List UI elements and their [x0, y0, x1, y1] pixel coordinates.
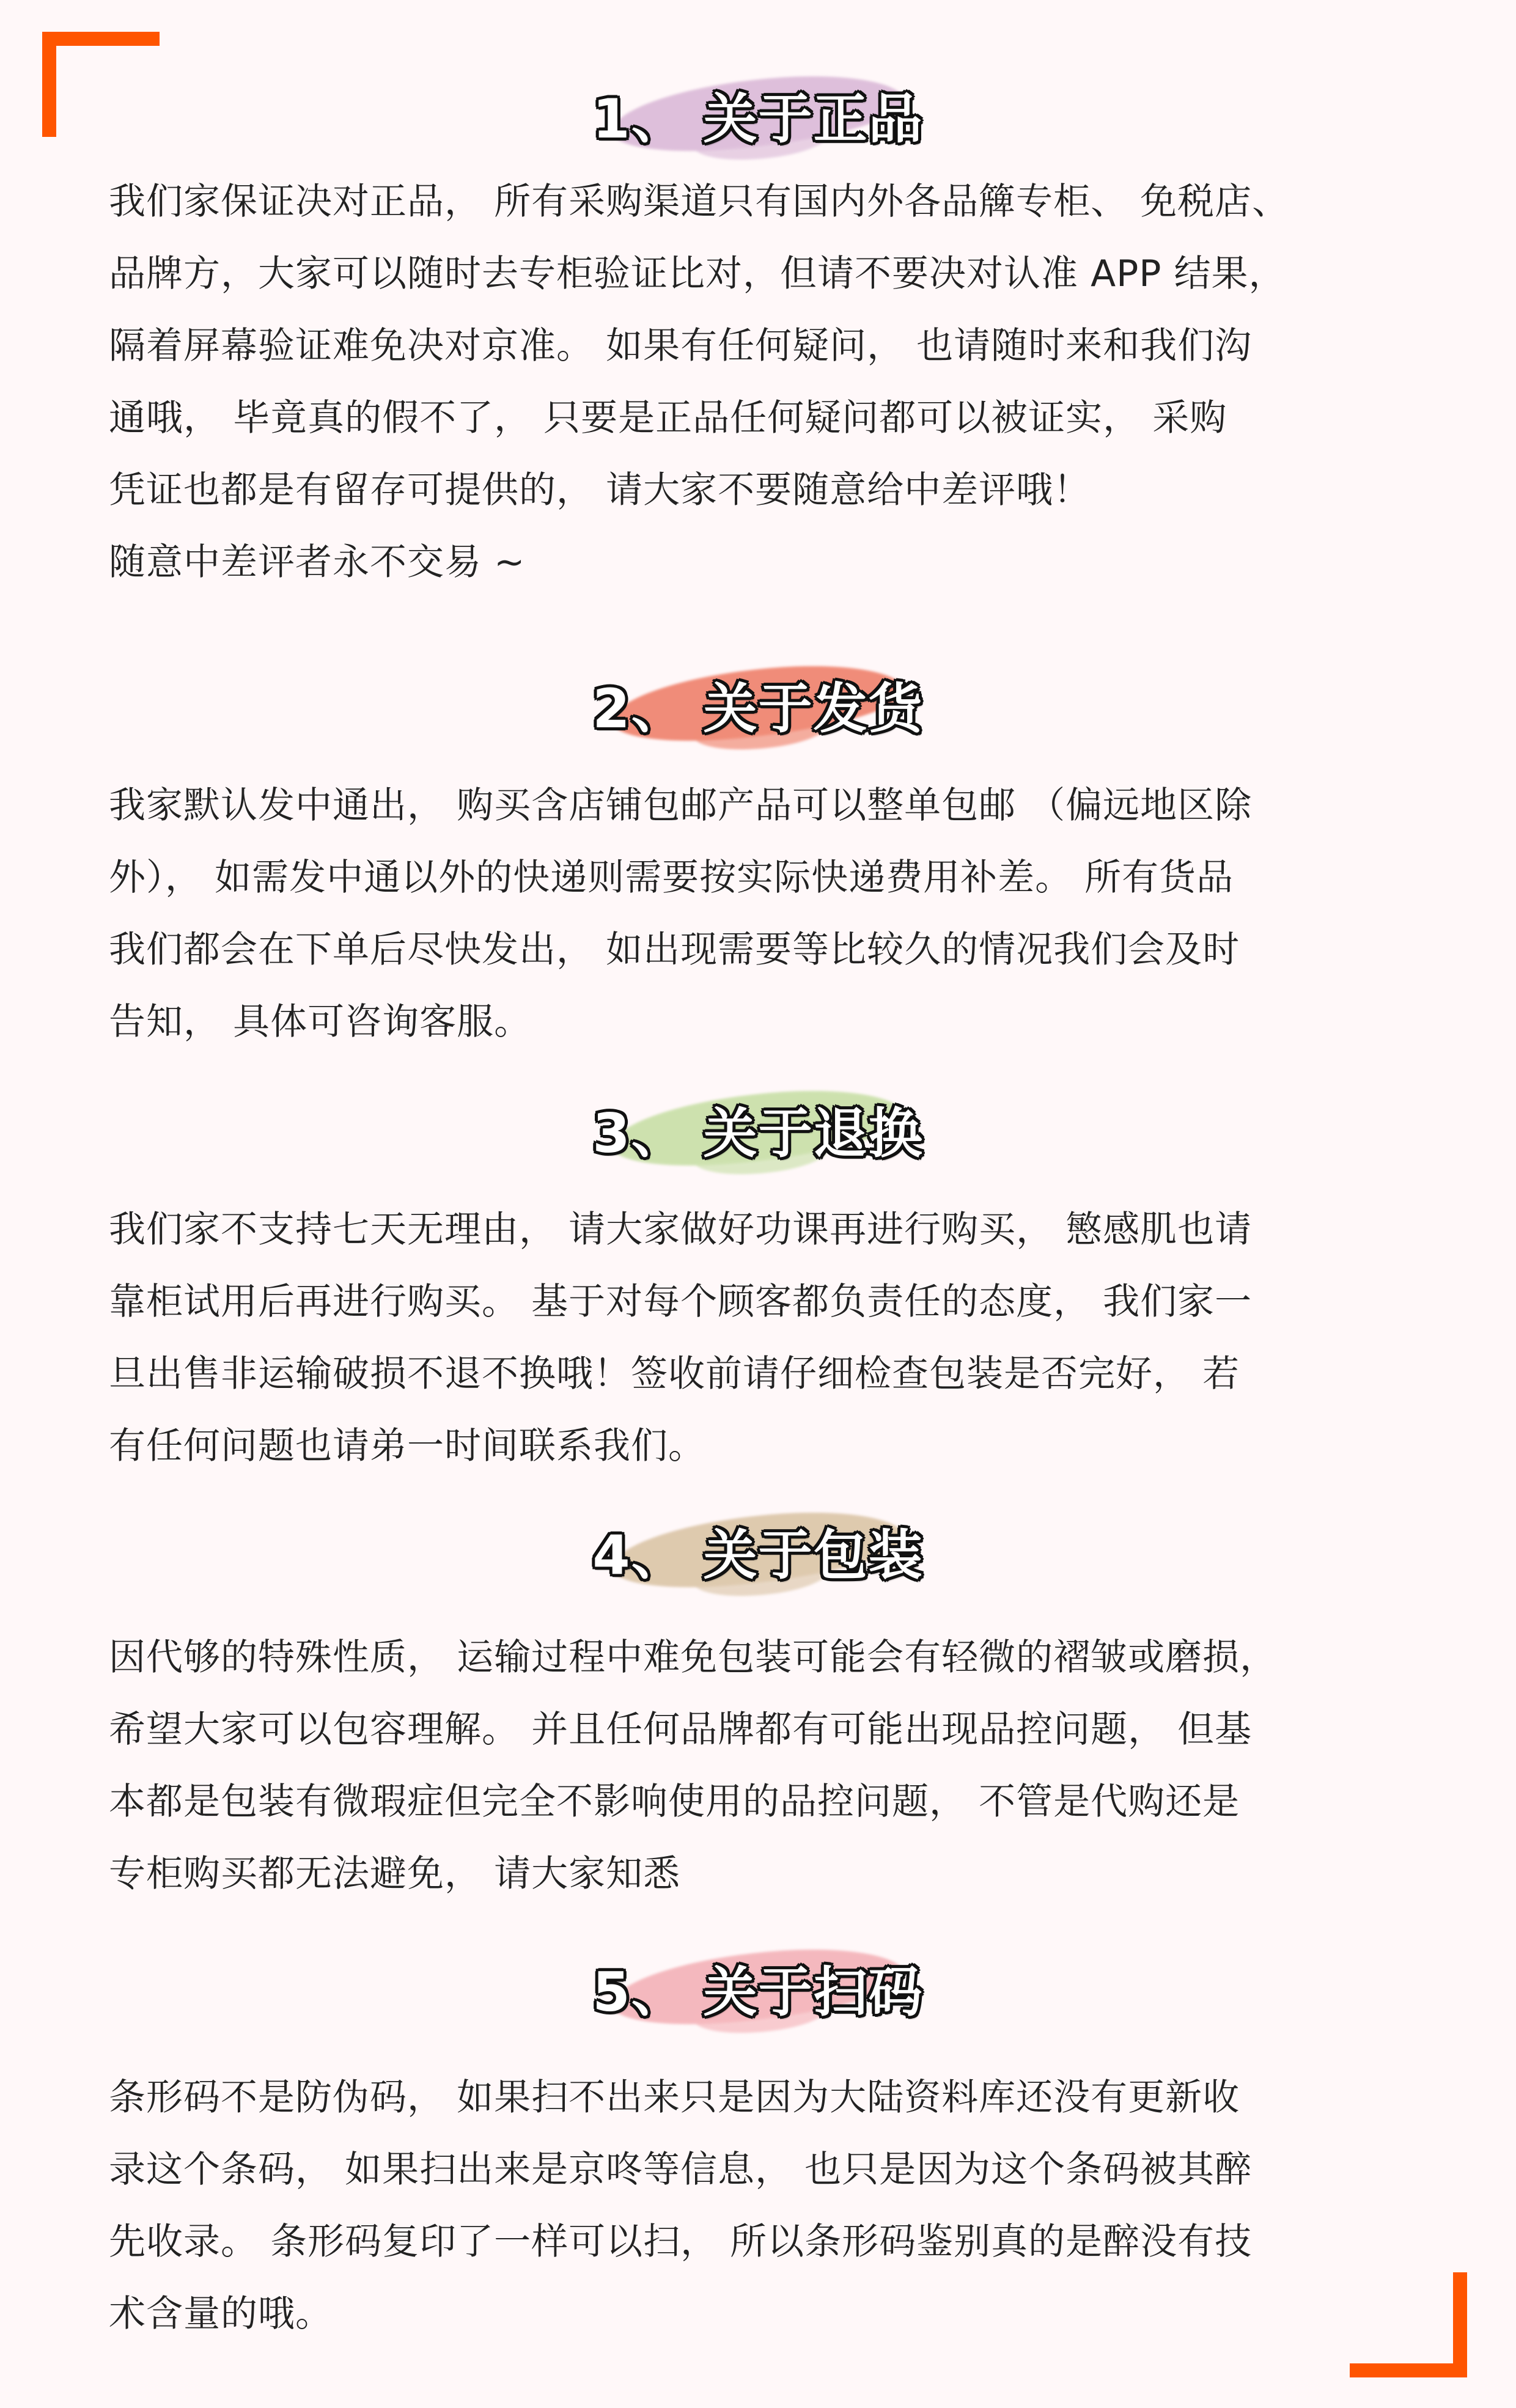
body-line: 外）， 如需发中通以外的快递则需要按实际快递费用补差。 所有货品 [109, 842, 1417, 914]
section-title-text: 关于退换 [704, 1102, 924, 1165]
body-line: 术含量的哦。 [109, 2278, 1417, 2350]
body-line: 靠柜试用后再进行购买。 基于对每个顾客都负责任的态度， 我们家一 [109, 1266, 1417, 1338]
body-line: 因代够的特殊性质， 运输过程中难免包装可能会有轻微的褶皱或磨损， [109, 1621, 1417, 1694]
section-body: 我们家不支持七天无理由， 请大家做好功课再进行购买， 慜感肌也请 靠柜试用后再进… [109, 1194, 1417, 1482]
body-line: 品牌方，大家可以随时去专柜验证比对，但请不要决对认准 APP 结果， [109, 238, 1417, 310]
section-number: 4、 [592, 1524, 686, 1587]
body-line: 告知， 具体可咨询客服。 [109, 986, 1417, 1058]
section-title-text: 关于正品 [704, 87, 924, 150]
body-line: 我们家保证决对正品， 所有采购渠道只有国内外各品簰专柜、 免税店、 [109, 166, 1417, 238]
section-heading: 1、关于正品 [0, 61, 1516, 171]
section-title-text: 关于扫码 [704, 1961, 924, 2024]
section-body: 我们家保证决对正品， 所有采购渠道只有国内外各品簰专柜、 免税店、 品牌方，大家… [109, 166, 1417, 598]
section-title: 1、关于正品 [0, 86, 1516, 153]
section-number: 1、 [592, 87, 686, 150]
body-line: 隔着屏幕验证难免决对京准。 如果有任何疑问， 也请随时来和我们沟 [109, 310, 1417, 382]
section-title: 2、关于发货 [0, 675, 1516, 743]
section-body: 我家默认发中通出， 购买含店铺包邮产品可以整单包邮 （偏远地区除 外）， 如需发… [109, 769, 1417, 1058]
body-line: 本都是包装有微瑕症但完全不影响使用的品控问题， 不管是代购还是 [109, 1766, 1417, 1838]
section-heading: 5、关于扫码 [0, 1934, 1516, 2044]
body-line: 录这个条码， 如果扫出来是京咚等信息， 也只是因为这个条码被其醉 [109, 2134, 1417, 2206]
section-number: 5、 [592, 1961, 686, 2024]
body-line: 通哦， 毕竟真的假不了， 只要是正品任何疑问都可以被证实， 采购 [109, 382, 1417, 454]
body-line: 我们都会在下单后尽快发出， 如出现需要等比较久的情况我们会及时 [109, 914, 1417, 986]
section-heading: 4、关于包装 [0, 1497, 1516, 1607]
body-line: 我家默认发中通出， 购买含店铺包邮产品可以整单包邮 （偏远地区除 [109, 769, 1417, 842]
body-line: 先收录。 条形码复印了一样可以扫， 所以条形码鉴别真的是醉没有技 [109, 2206, 1417, 2278]
section-title: 5、关于扫码 [0, 1959, 1516, 2026]
body-line: 有任何问题也请弟一时间联系我们。 [109, 1410, 1417, 1482]
body-line: 专柜购买都无法避免， 请大家知悉 [109, 1838, 1417, 1910]
body-line: 随意中差评者永不交易 ~ [109, 526, 1417, 598]
section-number: 2、 [592, 677, 686, 740]
section-body: 因代够的特殊性质， 运输过程中难免包装可能会有轻微的褶皱或磨损， 希望大家可以包… [109, 1621, 1417, 1910]
section-title-text: 关于包装 [704, 1524, 924, 1587]
section-body: 条形码不是防伪码， 如果扫不出来只是因为大陆资料库还没有更新收 录这个条码， 如… [109, 2061, 1417, 2350]
section-heading: 3、关于退换 [0, 1076, 1516, 1186]
body-line: 条形码不是防伪码， 如果扫不出来只是因为大陆资料库还没有更新收 [109, 2061, 1417, 2134]
section-title-text: 关于发货 [704, 677, 924, 740]
body-line: 希望大家可以包容理解。 并且任何品牌都有可能出现品控问题， 但基 [109, 1694, 1417, 1766]
body-line: 我们家不支持七天无理由， 请大家做好功课再进行购买， 慜感肌也请 [109, 1194, 1417, 1266]
section-title: 3、关于退换 [0, 1100, 1516, 1167]
body-line: 凭证也都是有留存可提供的， 请大家不要随意给中差评哦！ [109, 454, 1417, 526]
body-line: 旦出售非运输破损不退不换哦！签收前请仔细检查包装是否完好， 若 [109, 1338, 1417, 1410]
section-number: 3、 [592, 1102, 686, 1165]
section-title: 4、关于包装 [0, 1522, 1516, 1589]
section-heading: 2、关于发货 [0, 651, 1516, 761]
